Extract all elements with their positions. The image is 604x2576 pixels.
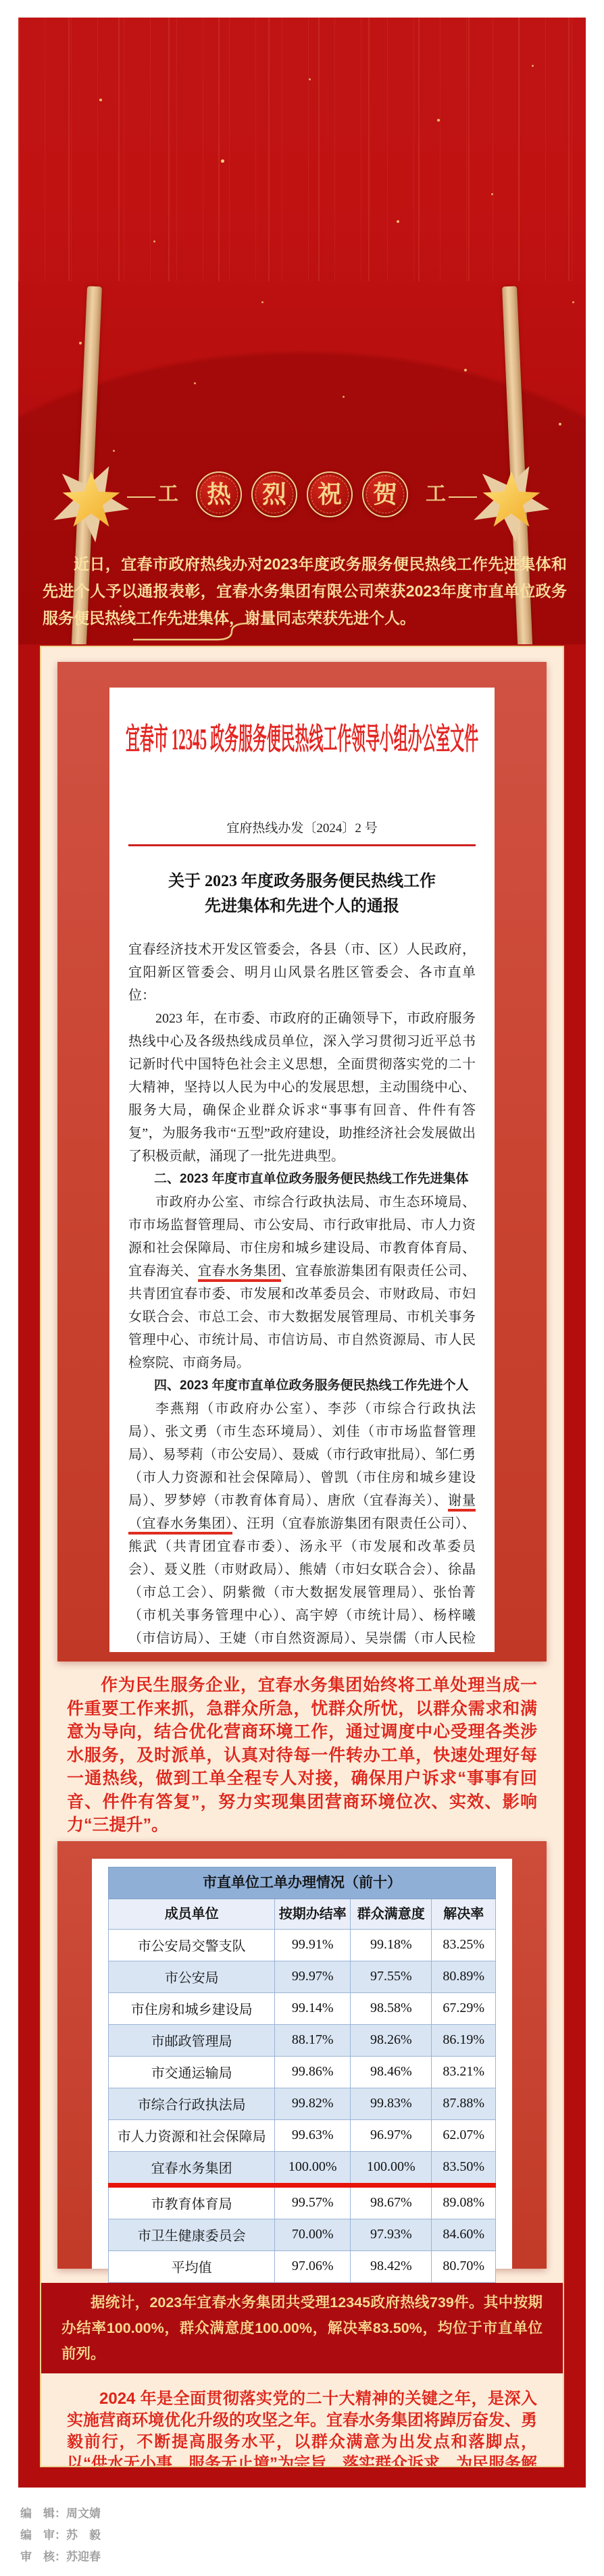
table-cell: 80.89% <box>432 1961 496 1992</box>
table-cell: 市人力资源和社会保障局 <box>109 2119 275 2151</box>
gold-curve-ornament-icon <box>132 617 260 644</box>
congrats-character: 烈 <box>262 482 286 507</box>
gold-speckle <box>491 193 493 195</box>
table-cell: 86.19% <box>432 2024 496 2056</box>
table-cell: 100.00% <box>275 2151 351 2185</box>
table-cell: 市交通运输局 <box>109 2056 275 2088</box>
gold-speckle <box>309 78 311 80</box>
table-cell: 平均值 <box>109 2250 275 2282</box>
document-body: 宜春经济技术开发区管委会，各县（市、区）人民政府，宜阳新区管委会、明月山风景名胜… <box>128 938 476 1652</box>
table-column-header: 解决率 <box>432 1899 496 1929</box>
table-cell: 70.00% <box>275 2219 351 2250</box>
table-cell: 市住房和城乡建设局 <box>109 1992 275 2024</box>
worklist-table: 市直单位工单办理情况（前十） 成员单位按期办结率群众满意度解决率 市公安局交警支… <box>108 1867 496 2283</box>
table-cell: 市教育体育局 <box>109 2185 275 2219</box>
credit-line: 审 核：苏迎春 <box>20 2546 101 2568</box>
table-cell: 87.88% <box>432 2088 496 2119</box>
table-cell: 市综合行政执法局 <box>109 2088 275 2119</box>
congrats-character: 贺 <box>373 482 397 507</box>
congrats-medallion-row: 工 热烈祝贺工 <box>18 471 586 517</box>
document-section-heading: 二、2023 年度市直单位政务服务便民热线工作先进集体 <box>128 1168 476 1191</box>
document-paragraph: 2023 年，在市委、市政府的正确领导下，市政府服务热线中心及各级热线成员单位，… <box>128 1007 476 1168</box>
editor-credits: 编 辑：周文婧编 审：苏 毅审 核：苏迎春 <box>20 2503 101 2568</box>
table-cell: 100.00% <box>351 2151 432 2185</box>
credit-line: 编 审：苏 毅 <box>20 2525 101 2546</box>
table-cell: 99.82% <box>275 2088 351 2119</box>
document-section-heading: 四、2023 年度市直单位政务服务便民热线工作先进个人 <box>128 1374 476 1397</box>
document-title: 关于 2023 年度政务服务便民热线工作 先进集体和先进个人的通报 <box>128 869 476 919</box>
table-cell: 市公安局交警支队 <box>109 1929 275 1961</box>
congrats-medallion: 热 <box>196 471 242 517</box>
gold-speckle <box>464 369 467 371</box>
gold-speckle <box>79 342 82 344</box>
table-row: 市教育体育局99.57%98.67%89.08% <box>109 2185 496 2219</box>
table-image: 市直单位工单办理情况（前十） 成员单位按期办结率群众满意度解决率 市公安局交警支… <box>92 1859 512 2269</box>
article-page: 工 热烈祝贺工 近日，宜春市政府热线办对2023年度政务服务便民热线工作先进集体… <box>0 0 604 2576</box>
gold-speckle <box>532 65 534 67</box>
gold-ornament-icon: 工 <box>420 482 451 507</box>
table-cell: 67.29% <box>432 1992 496 2024</box>
paragraph-text: 宜春经济技术开发区管委会，各县（市、区）人民政府，宜阳新区管委会、明月山风景名胜… <box>128 942 476 1003</box>
document-header: 宜春市 12345 政务服务便民热线工作领导小组办公室文件 <box>128 723 476 758</box>
document-paragraph: 李燕翔（市政府办公室）、李莎（市综合行政执法局）、张文勇（市生态环境局）、刘佳（… <box>128 1397 476 1652</box>
table-row: 市综合行政执法局99.82%99.83%87.88% <box>109 2088 496 2119</box>
table-row: 市公安局交警支队99.91%99.18%83.25% <box>109 1929 496 1961</box>
table-cell: 97.93% <box>351 2219 432 2250</box>
table-title: 市直单位工单办理情况（前十） <box>109 1867 496 1899</box>
table-cell: 88.17% <box>275 2024 351 2056</box>
table-row: 宜春水务集团100.00%100.00%83.50% <box>109 2151 496 2185</box>
table-cell: 83.21% <box>432 2056 496 2088</box>
paragraph-text: 李燕翔（市政府办公室）、李莎（市综合行政执法局）、张文勇（市生态环境局）、刘佳（… <box>128 1401 476 1508</box>
gold-speckle <box>437 119 440 122</box>
gold-speckle <box>153 240 155 242</box>
document-number: 宜府热线办发〔2024〕2 号 <box>128 820 476 838</box>
document-image: 宜春市 12345 政务服务便民热线工作领导小组办公室文件 宜府热线办发〔202… <box>109 688 495 1652</box>
gold-speckle <box>194 382 196 384</box>
table-cell: 99.91% <box>275 1929 351 1961</box>
document-paragraph: 宜春经济技术开发区管委会，各县（市、区）人民政府，宜阳新区管委会、明月山风景名胜… <box>128 938 476 1007</box>
gold-speckle <box>505 571 507 574</box>
table-container: 市直单位工单办理情况（前十） 成员单位按期办结率群众满意度解决率 市公安局交警支… <box>57 1841 547 2269</box>
gold-speckle <box>99 99 102 101</box>
table-column-header: 按期办结率 <box>275 1899 351 1929</box>
paragraph-text: 四、2023 年度市直单位政务服务便民热线工作先进个人 <box>154 1379 469 1393</box>
table-row: 市交通运输局99.86%98.46%83.21% <box>109 2056 496 2088</box>
red-underline-text: 宜春水务集团 <box>198 1264 282 1282</box>
gold-speckle <box>343 396 345 398</box>
credit-line: 编 辑：周文婧 <box>20 2503 101 2525</box>
congrats-character: 祝 <box>318 482 342 507</box>
congrats-medallion: 祝 <box>307 471 353 517</box>
document-container: 宜春市 12345 政务服务便民热线工作领导小组办公室文件 宜府热线办发〔202… <box>57 662 547 1661</box>
table-cell: 98.26% <box>351 2024 432 2056</box>
document-header-text: 宜春市 12345 政务服务便民热线工作领导小组办公室文件 <box>126 725 478 755</box>
document-title-line2: 先进集体和先进个人的通报 <box>128 894 476 919</box>
table-cell: 市邮政管理局 <box>109 2024 275 2056</box>
table-column-header: 群众满意度 <box>351 1899 432 1929</box>
table-cell: 89.08% <box>432 2185 496 2219</box>
paragraph-text: 、宜春旅游集团有限责任公司、共青团宜春市委、市发展和改革委员会、市财政局、市妇女… <box>128 1264 476 1370</box>
table-row: 市住房和城乡建设局99.14%98.58%67.29% <box>109 1992 496 2024</box>
table-row: 市邮政管理局88.17%98.26%86.19% <box>109 2024 496 2056</box>
gold-speckle <box>120 605 122 607</box>
table-cell: 83.50% <box>432 2151 496 2185</box>
table-cell: 97.55% <box>351 1961 432 1992</box>
table-cell: 99.14% <box>275 1992 351 2024</box>
table-cell: 97.06% <box>275 2250 351 2282</box>
table-cell: 62.07% <box>432 2119 496 2151</box>
table-column-header: 成员单位 <box>109 1899 275 1929</box>
table-cell: 84.60% <box>432 2219 496 2250</box>
table-cell: 99.97% <box>275 1961 351 1992</box>
gold-speckle <box>113 450 115 452</box>
congrats-intro-text: 近日，宜春市政府热线办对2023年度政务服务便民热线工作先进集体和先进个人予以通… <box>43 550 567 632</box>
table-cell: 99.63% <box>275 2119 351 2151</box>
table-cell: 96.97% <box>351 2119 432 2151</box>
table-cell: 市公安局 <box>109 1961 275 1992</box>
gold-speckle <box>221 159 224 163</box>
highlight-paragraph: 作为民生服务企业，宜春水务集团始终将工单处理当成一件重要工作来抓，急群众所急，忧… <box>67 1674 537 1837</box>
table-cell: 99.18% <box>351 1929 432 1961</box>
congrats-character: 热 <box>207 482 231 507</box>
gold-speckle <box>572 301 574 303</box>
table-cell: 98.42% <box>351 2250 432 2282</box>
statistics-band: 据统计，2023年宜春水务集团共受理12345政府热线739件。其中按期办结率1… <box>41 2283 563 2373</box>
congrats-medallion: 烈 <box>251 471 297 517</box>
table-cell: 98.58% <box>351 1992 432 2024</box>
table-cell: 市卫生健康委员会 <box>109 2219 275 2250</box>
closing-paragraph: 2024 年是全面贯彻落实党的二十大精神的关键之年，是深入实施营商环境优化升级的… <box>67 2388 537 2468</box>
table-cell: 99.83% <box>351 2088 432 2119</box>
paragraph-text: 二、2023 年度市直单位政务服务便民热线工作先进集体 <box>154 1172 469 1186</box>
table-header-row: 成员单位按期办结率群众满意度解决率 <box>109 1899 496 1929</box>
gold-speckle <box>261 301 263 303</box>
table-row: 平均值97.06%98.42%80.70% <box>109 2250 496 2282</box>
table-cell: 99.86% <box>275 2056 351 2088</box>
table-cell: 83.25% <box>432 1929 496 1961</box>
gold-speckle <box>559 423 561 426</box>
table-cell: 99.57% <box>275 2185 351 2219</box>
table-cell: 98.46% <box>351 2056 432 2088</box>
festive-banner: 工 热烈祝贺工 近日，宜春市政府热线办对2023年度政务服务便民热线工作先进集体… <box>18 18 586 644</box>
table-cell: 98.67% <box>351 2185 432 2219</box>
table-row: 市卫生健康委员会70.00%97.93%84.60% <box>109 2219 496 2250</box>
congrats-medallion: 贺 <box>362 471 408 517</box>
paragraph-text: 2023 年，在市委、市政府的正确领导下，市政府服务热线中心及各级热线成员单位，… <box>128 1011 476 1164</box>
gold-ornament-icon: 工 <box>153 482 184 507</box>
table-cell: 80.70% <box>432 2250 496 2282</box>
panel-inner: 宜春市 12345 政务服务便民热线工作领导小组办公室文件 宜府热线办发〔202… <box>40 646 564 2467</box>
table-row: 市公安局99.97%97.55%80.89% <box>109 1961 496 1992</box>
main-panel: 宜春市 12345 政务服务便民热线工作领导小组办公室文件 宜府热线办发〔202… <box>18 644 586 2488</box>
table-cell: 宜春水务集团 <box>109 2151 275 2185</box>
paragraph-text: 、汪玥（宜春旅游集团有限责任公司）、熊武（共青团宜春市委）、汤永平（市发展和改革… <box>128 1516 476 1652</box>
document-paragraph: 市政府办公室、市综合行政执法局、市生态环境局、市市场监督管理局、市公安局、市行政… <box>128 1191 476 1374</box>
table-row: 市人力资源和社会保障局99.63%96.97%62.07% <box>109 2119 496 2151</box>
document-red-rule <box>128 844 476 846</box>
gold-speckle <box>397 220 399 223</box>
document-title-line1: 关于 2023 年度政务服务便民热线工作 <box>128 869 476 894</box>
